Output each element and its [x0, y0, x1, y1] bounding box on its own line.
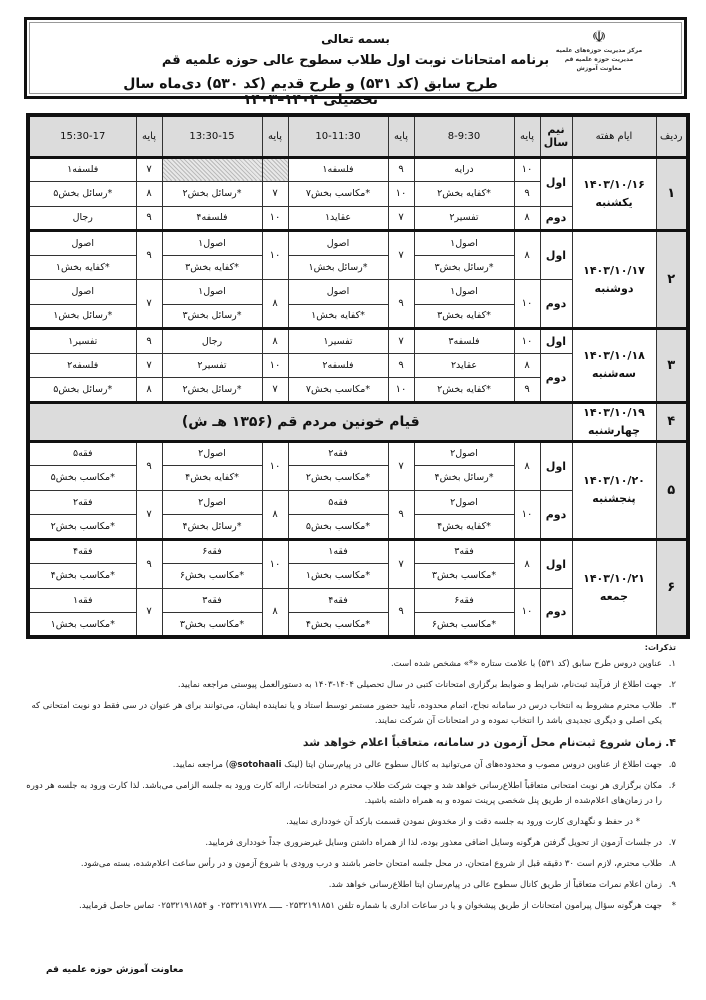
course-cell: فقه۳	[162, 588, 262, 613]
col-header-row-number: ردیف	[656, 115, 688, 157]
course-cell: فلسفه۱	[288, 157, 388, 182]
course-cell: فقه۵	[28, 441, 136, 466]
level-cell: ۹	[136, 539, 162, 588]
course-cell: *مکاسب بخش۶	[162, 564, 262, 589]
day-cell: ۱۴۰۳/۱۰/۲۰پنجشنبه	[572, 441, 656, 539]
course-cell: *مکاسب بخش۷	[288, 182, 388, 207]
semester-cell: اول	[540, 539, 572, 588]
course-cell: فقه۳	[414, 539, 514, 564]
level-cell: ۹	[136, 329, 162, 354]
semester-cell: دوم	[540, 353, 572, 402]
level-cell: ۸	[262, 329, 288, 354]
page-subtitle: طرح سابق (کد ۵۳۱) و طرح قدیم (کد ۵۳۰) دی…	[107, 76, 514, 108]
empty-slot	[262, 157, 288, 182]
day-cell: ۱۴۰۳/۱۰/۱۶یکشنبه	[572, 157, 656, 231]
course-cell: *مکاسب بخش۴	[28, 564, 136, 589]
basmala: بسمه تعالی	[27, 32, 684, 46]
course-cell: *رسائل بخش۳	[162, 304, 262, 329]
level-cell: ۸	[136, 182, 162, 207]
row-number: ۳	[656, 329, 688, 403]
signature: معاونت آموزش حوزه علمیه قم	[46, 965, 184, 975]
course-cell: *رسائل بخش۳	[414, 255, 514, 280]
course-cell: اصول۲	[414, 490, 514, 515]
level-cell: ۹	[514, 378, 540, 403]
level-cell: ۹	[514, 182, 540, 207]
row-number: ۶	[656, 539, 688, 637]
row-number: ۱	[656, 157, 688, 231]
course-cell: *مکاسب بخش۱	[28, 613, 136, 638]
semester-cell: اول	[540, 157, 572, 206]
semester-cell: دوم	[540, 206, 572, 231]
course-cell: *کفایه بخش۳	[162, 255, 262, 280]
level-cell: ۸	[262, 490, 288, 539]
table-row-holiday: ۴ ۱۴۰۳/۱۰/۱۹چهارشنبه قیام خونین مردم قم …	[28, 402, 688, 441]
course-cell: فقه۴	[288, 588, 388, 613]
note-item: ۶.مکان برگزاری هر نوبت امتحانی متعاقباً …	[26, 779, 676, 809]
level-cell: ۱۰	[388, 378, 414, 403]
level-cell: ۷	[136, 588, 162, 637]
note-subitem: * در حفظ و نگهداری کارت ورود به جلسه دقت…	[26, 815, 676, 830]
course-cell: *رسائل بخش۴	[414, 466, 514, 491]
page-title: برنامه امتحانات نوبت اول طلاب سطوح عالی …	[27, 53, 684, 68]
note-item: ۵.جهت اطلاع از عناوین دروس مصوب و محدوده…	[26, 758, 676, 773]
course-cell: رجال	[162, 329, 262, 354]
course-cell: *رسائل بخش۲	[162, 182, 262, 207]
course-cell: *مکاسب بخش۴	[288, 613, 388, 638]
day-cell: ۱۴۰۳/۱۰/۱۹چهارشنبه	[572, 402, 656, 441]
level-cell: ۹	[136, 441, 162, 490]
level-cell: ۷	[136, 353, 162, 378]
course-cell: *کفایه بخش۴	[414, 515, 514, 540]
course-cell: فلسفه۲	[288, 353, 388, 378]
course-cell: اصول	[288, 231, 388, 256]
level-cell: ۱۰	[514, 588, 540, 637]
course-cell: *رسائل بخش۵	[28, 378, 136, 403]
note-item: ۹.زمان اعلام نمرات متعاقباً از طریق کانا…	[26, 878, 676, 893]
course-cell: رجال	[28, 206, 136, 231]
semester-cell: اول	[540, 231, 572, 280]
holiday-banner: قیام خونین مردم قم (۱۳۵۶ هـ ش)	[28, 402, 572, 441]
course-cell: فلسفه۴	[162, 206, 262, 231]
course-cell: فقه۲	[28, 490, 136, 515]
course-cell: *کفایه بخش۱	[288, 304, 388, 329]
table-header-row: ردیف ایام هفته نیمسال پایه 8-9:30 پایه 1…	[28, 115, 688, 157]
course-cell: تفسیر۱	[288, 329, 388, 354]
level-cell: ۹	[136, 206, 162, 231]
level-cell: ۷	[388, 329, 414, 354]
course-cell: *مکاسب بخش۵	[28, 466, 136, 491]
table-row: ۱ ۱۴۰۳/۱۰/۱۶یکشنبه اول ۱۰ درایه ۹ فلسفه۱…	[28, 157, 688, 182]
level-cell: ۱۰	[514, 157, 540, 182]
course-cell: *کفایه بخش۱	[28, 255, 136, 280]
level-cell: ۹	[388, 280, 414, 329]
col-header-level: پایه	[136, 115, 162, 157]
level-cell: ۹	[388, 157, 414, 182]
course-cell: فقه۶	[162, 539, 262, 564]
course-cell: اصول۱	[414, 280, 514, 305]
course-cell: اصول	[288, 280, 388, 305]
table-row: ۵ ۱۴۰۳/۱۰/۲۰پنجشنبه اول ۸ اصول۲ ۷ فقه۲ ۱…	[28, 441, 688, 466]
col-header-slot-3: 13:30-15	[162, 115, 262, 157]
course-cell: *مکاسب بخش۳	[414, 564, 514, 589]
semester-cell: دوم	[540, 490, 572, 539]
course-cell: *کفایه بخش۳	[414, 304, 514, 329]
course-cell: اصول	[28, 231, 136, 256]
course-cell: تفسیر۱	[28, 329, 136, 354]
semester-cell: دوم	[540, 588, 572, 637]
course-cell: اصول۲	[414, 441, 514, 466]
course-cell: *کفایه بخش۲	[414, 378, 514, 403]
level-cell: ۸	[514, 441, 540, 490]
level-cell: ۷	[136, 490, 162, 539]
col-header-slot-1: 8-9:30	[414, 115, 514, 157]
level-cell: ۷	[388, 539, 414, 588]
note-item: ۸.طلاب محترم، لازم است ۳۰ دقیقه قبل از ش…	[26, 857, 676, 872]
course-cell: درایه	[414, 157, 514, 182]
row-number: ۲	[656, 231, 688, 329]
level-cell: ۱۰	[262, 539, 288, 588]
course-cell: *مکاسب بخش۲	[288, 466, 388, 491]
course-cell: فلسفه۱	[28, 157, 136, 182]
row-number: ۴	[656, 402, 688, 441]
col-header-level: پایه	[262, 115, 288, 157]
empty-slot	[162, 157, 262, 182]
course-cell: *مکاسب بخش۶	[414, 613, 514, 638]
level-cell: ۸	[514, 539, 540, 588]
level-cell: ۱۰	[262, 206, 288, 231]
course-cell: تفسیر۲	[414, 206, 514, 231]
table-row: ۳ ۱۴۰۳/۱۰/۱۸سه‌شنبه اول ۱۰ فلسفه۳ ۷ تفسی…	[28, 329, 688, 354]
note-item: ۷.در جلسات آزمون از تحویل گرفتن هرگونه و…	[26, 836, 676, 851]
course-cell: اصول۱	[162, 280, 262, 305]
course-cell: *کفایه بخش۲	[414, 182, 514, 207]
level-cell: ۷	[262, 378, 288, 403]
note-item: ۱.عناوین دروس طرح سابق (کد ۵۳۱) با علامت…	[26, 657, 676, 672]
level-cell: ۱۰	[514, 490, 540, 539]
col-header-slot-4: 15:30-17	[28, 115, 136, 157]
course-cell: اصول۱	[162, 231, 262, 256]
course-cell: فقه۴	[28, 539, 136, 564]
course-cell: فقه۶	[414, 588, 514, 613]
level-cell: ۱۰	[514, 329, 540, 354]
semester-cell: دوم	[540, 280, 572, 329]
level-cell: ۱۰	[262, 231, 288, 280]
course-cell: *رسائل بخش۴	[162, 515, 262, 540]
course-cell: *مکاسب بخش۵	[288, 515, 388, 540]
course-cell: فقه۱	[288, 539, 388, 564]
col-header-level: پایه	[388, 115, 414, 157]
document-header: ☫ مرکز مدیریت حوزه‌های علمیه مدیریت حوزه…	[24, 17, 687, 99]
course-cell: اصول	[28, 280, 136, 305]
course-cell: فقه۲	[288, 441, 388, 466]
eitaa-channel-link[interactable]: @sotohaali	[229, 760, 282, 770]
course-cell: *رسائل بخش۱	[288, 255, 388, 280]
course-cell: تفسیر۲	[162, 353, 262, 378]
day-cell: ۱۴۰۳/۱۰/۱۷دوشنبه	[572, 231, 656, 329]
course-cell: اصول۲	[162, 441, 262, 466]
level-cell: ۷	[136, 157, 162, 182]
col-header-level: پایه	[514, 115, 540, 157]
day-cell: ۱۴۰۳/۱۰/۱۸سه‌شنبه	[572, 329, 656, 403]
level-cell: ۸	[514, 206, 540, 231]
course-cell: *مکاسب بخش۲	[28, 515, 136, 540]
exam-schedule-table: ردیف ایام هفته نیمسال پایه 8-9:30 پایه 1…	[26, 113, 690, 639]
level-cell: ۱۰	[262, 353, 288, 378]
level-cell: ۸	[262, 588, 288, 637]
col-header-semester: نیمسال	[540, 115, 572, 157]
level-cell: ۹	[388, 588, 414, 637]
semester-cell: اول	[540, 441, 572, 490]
semester-cell: اول	[540, 329, 572, 354]
course-cell: *رسائل بخش۵	[28, 182, 136, 207]
course-cell: *رسائل بخش۲	[162, 378, 262, 403]
level-cell: ۷	[388, 206, 414, 231]
level-cell: ۱۰	[388, 182, 414, 207]
note-item: ۲.جهت اطلاع از فرآیند ثبت‌نام، شرایط و ض…	[26, 678, 676, 693]
note-item-highlight: ۴.زمان شروع ثبت‌نام محل آزمون در سامانه،…	[26, 735, 676, 750]
day-cell: ۱۴۰۳/۱۰/۲۱جمعه	[572, 539, 656, 637]
table-row: ۶ ۱۴۰۳/۱۰/۲۱جمعه اول ۸ فقه۳ ۷ فقه۱ ۱۰ فق…	[28, 539, 688, 564]
course-cell: فلسفه۲	[28, 353, 136, 378]
row-number: ۵	[656, 441, 688, 539]
level-cell: ۷	[262, 182, 288, 207]
level-cell: ۸	[514, 231, 540, 280]
course-cell: فلسفه۳	[414, 329, 514, 354]
course-cell: فقه۱	[28, 588, 136, 613]
course-cell: *مکاسب بخش۷	[288, 378, 388, 403]
col-header-day: ایام هفته	[572, 115, 656, 157]
level-cell: ۸	[514, 353, 540, 378]
table-row: ۲ ۱۴۰۳/۱۰/۱۷دوشنبه اول ۸ اصول۱ ۷ اصول ۱۰…	[28, 231, 688, 256]
course-cell: *رسائل بخش۱	[28, 304, 136, 329]
course-cell: اصول۱	[414, 231, 514, 256]
course-cell: *مکاسب بخش۳	[162, 613, 262, 638]
note-item: ۳.طلاب محترم مشروط به انتخاب درس در ساما…	[26, 699, 676, 729]
level-cell: ۸	[262, 280, 288, 329]
col-header-slot-2: 10-11:30	[288, 115, 388, 157]
level-cell: ۷	[388, 441, 414, 490]
course-cell: اصول۲	[162, 490, 262, 515]
course-cell: عقاید۲	[414, 353, 514, 378]
level-cell: ۱۰	[514, 280, 540, 329]
level-cell: ۹	[388, 490, 414, 539]
notes-section: تذکرات: ۱.عناوین دروس طرح سابق (کد ۵۳۱) …	[26, 640, 676, 920]
level-cell: ۷	[388, 231, 414, 280]
level-cell: ۱۰	[262, 441, 288, 490]
course-cell: *کفایه بخش۴	[162, 466, 262, 491]
course-cell: *مکاسب بخش۱	[288, 564, 388, 589]
level-cell: ۹	[136, 231, 162, 280]
notes-title: تذکرات:	[26, 640, 676, 655]
level-cell: ۹	[388, 353, 414, 378]
course-cell: عقاید۱	[288, 206, 388, 231]
note-contact: *جهت هرگونه سؤال پیرامون امتحانات از طری…	[26, 899, 676, 914]
level-cell: ۸	[136, 378, 162, 403]
course-cell: فقه۵	[288, 490, 388, 515]
level-cell: ۷	[136, 280, 162, 329]
